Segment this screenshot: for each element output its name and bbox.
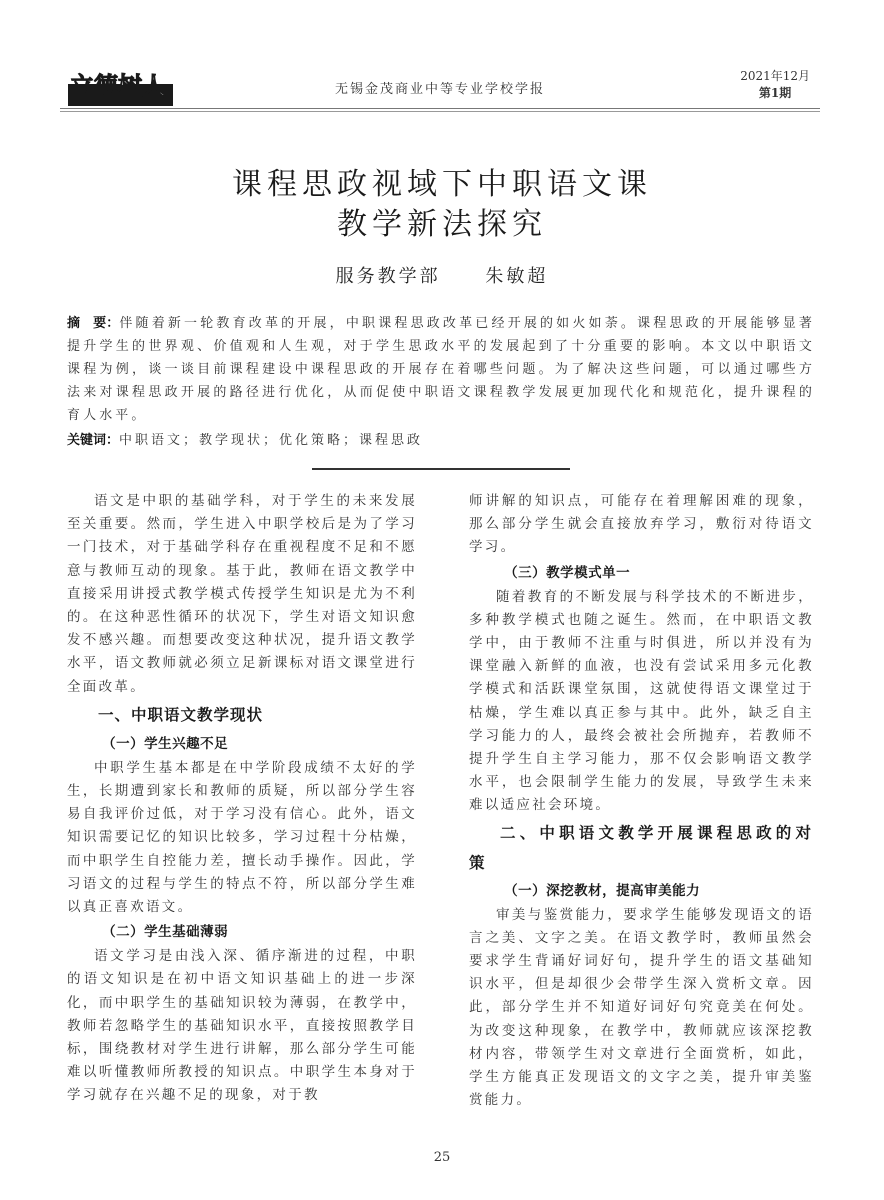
subsection-2-paragraph: 语文学习是由浅入深、循序渐进的过程，中职的语文知识是在初中语文知识基础上的进一步… xyxy=(67,945,417,1107)
issue-date: 2021年12月 xyxy=(740,69,810,83)
keywords-text: 中职语文；教学现状；优化策略；课程思政 xyxy=(119,433,423,448)
author-line: 服务教学部 朱敏超 xyxy=(0,262,884,288)
header-rule xyxy=(60,108,820,112)
abstract-label: 摘 要： xyxy=(67,316,119,331)
subsection-3-paragraph: 随着教育的不断发展与科学技术的不断进步，多种教学模式也随之诞生。然而，在中职语文… xyxy=(469,586,814,818)
author-name: 朱敏超 xyxy=(485,266,548,287)
keywords: 关键词：中职语文；教学现状；优化策略；课程思政 xyxy=(67,429,423,448)
article-title: 课程思政视域下中职语文课 教学新法探究 xyxy=(0,165,884,245)
section-heading-1: 一、中职语文教学现状 xyxy=(67,699,417,731)
subsection-heading-2: （二）学生基础薄弱 xyxy=(67,919,417,945)
intro-paragraph: 语文是中职的基础学科，对于学生的未来发展至关重要。然而，学生进入中职学校后是为了… xyxy=(67,490,417,699)
subsection-heading-1: （一）学生兴趣不足 xyxy=(67,731,417,757)
abstract: 摘 要：伴随着新一轮教育改革的开展，中职课程思政改革已经开展的如火如荼。课程思政… xyxy=(67,312,815,427)
body-column-left: 语文是中职的基础学科，对于学生的未来发展至关重要。然而，学生进入中职学校后是为了… xyxy=(67,490,417,1108)
abstract-text: 伴随着新一轮教育改革的开展，中职课程思政改革已经开展的如火如荼。课程思政的开展能… xyxy=(67,316,815,423)
journal-name: 无锡金茂商业中等专业学校学报 xyxy=(60,78,820,97)
body-column-right: 师讲解的知识点，可能存在着理解困难的现象，那么部分学生就会直接放弃学习，敷衍对待… xyxy=(469,490,814,1112)
title-line-1: 课程思政视域下中职语文课 xyxy=(0,165,884,205)
issue-info: 2021年12月 第1期 xyxy=(740,68,810,102)
subsection-heading-4: （一）深挖教材，提高审美能力 xyxy=(469,878,814,904)
title-line-2: 教学新法探究 xyxy=(0,205,884,245)
subsection-heading-3: （三）教学模式单一 xyxy=(469,560,814,586)
department: 服务教学部 xyxy=(336,266,441,287)
issue-number: 第1期 xyxy=(740,85,810,102)
abstract-separator xyxy=(312,468,570,470)
section-heading-2: 二、中职语文教学开展课程思政的对策 xyxy=(469,818,814,878)
subsection-1-paragraph: 中职学生基本都是在中学阶段成绩不太好的学生，长期遭到家长和教师的质疑，所以部分学… xyxy=(67,757,417,919)
keywords-label: 关键词： xyxy=(67,433,119,448)
continued-paragraph: 师讲解的知识点，可能存在着理解困难的现象，那么部分学生就会直接放弃学习，敷衍对待… xyxy=(469,490,814,560)
page-number: 25 xyxy=(0,1150,884,1165)
subsection-4-paragraph: 审美与鉴赏能力，要求学生能够发现语文的语言之美、文字之美。在语文教学时，教师虽然… xyxy=(469,904,814,1113)
